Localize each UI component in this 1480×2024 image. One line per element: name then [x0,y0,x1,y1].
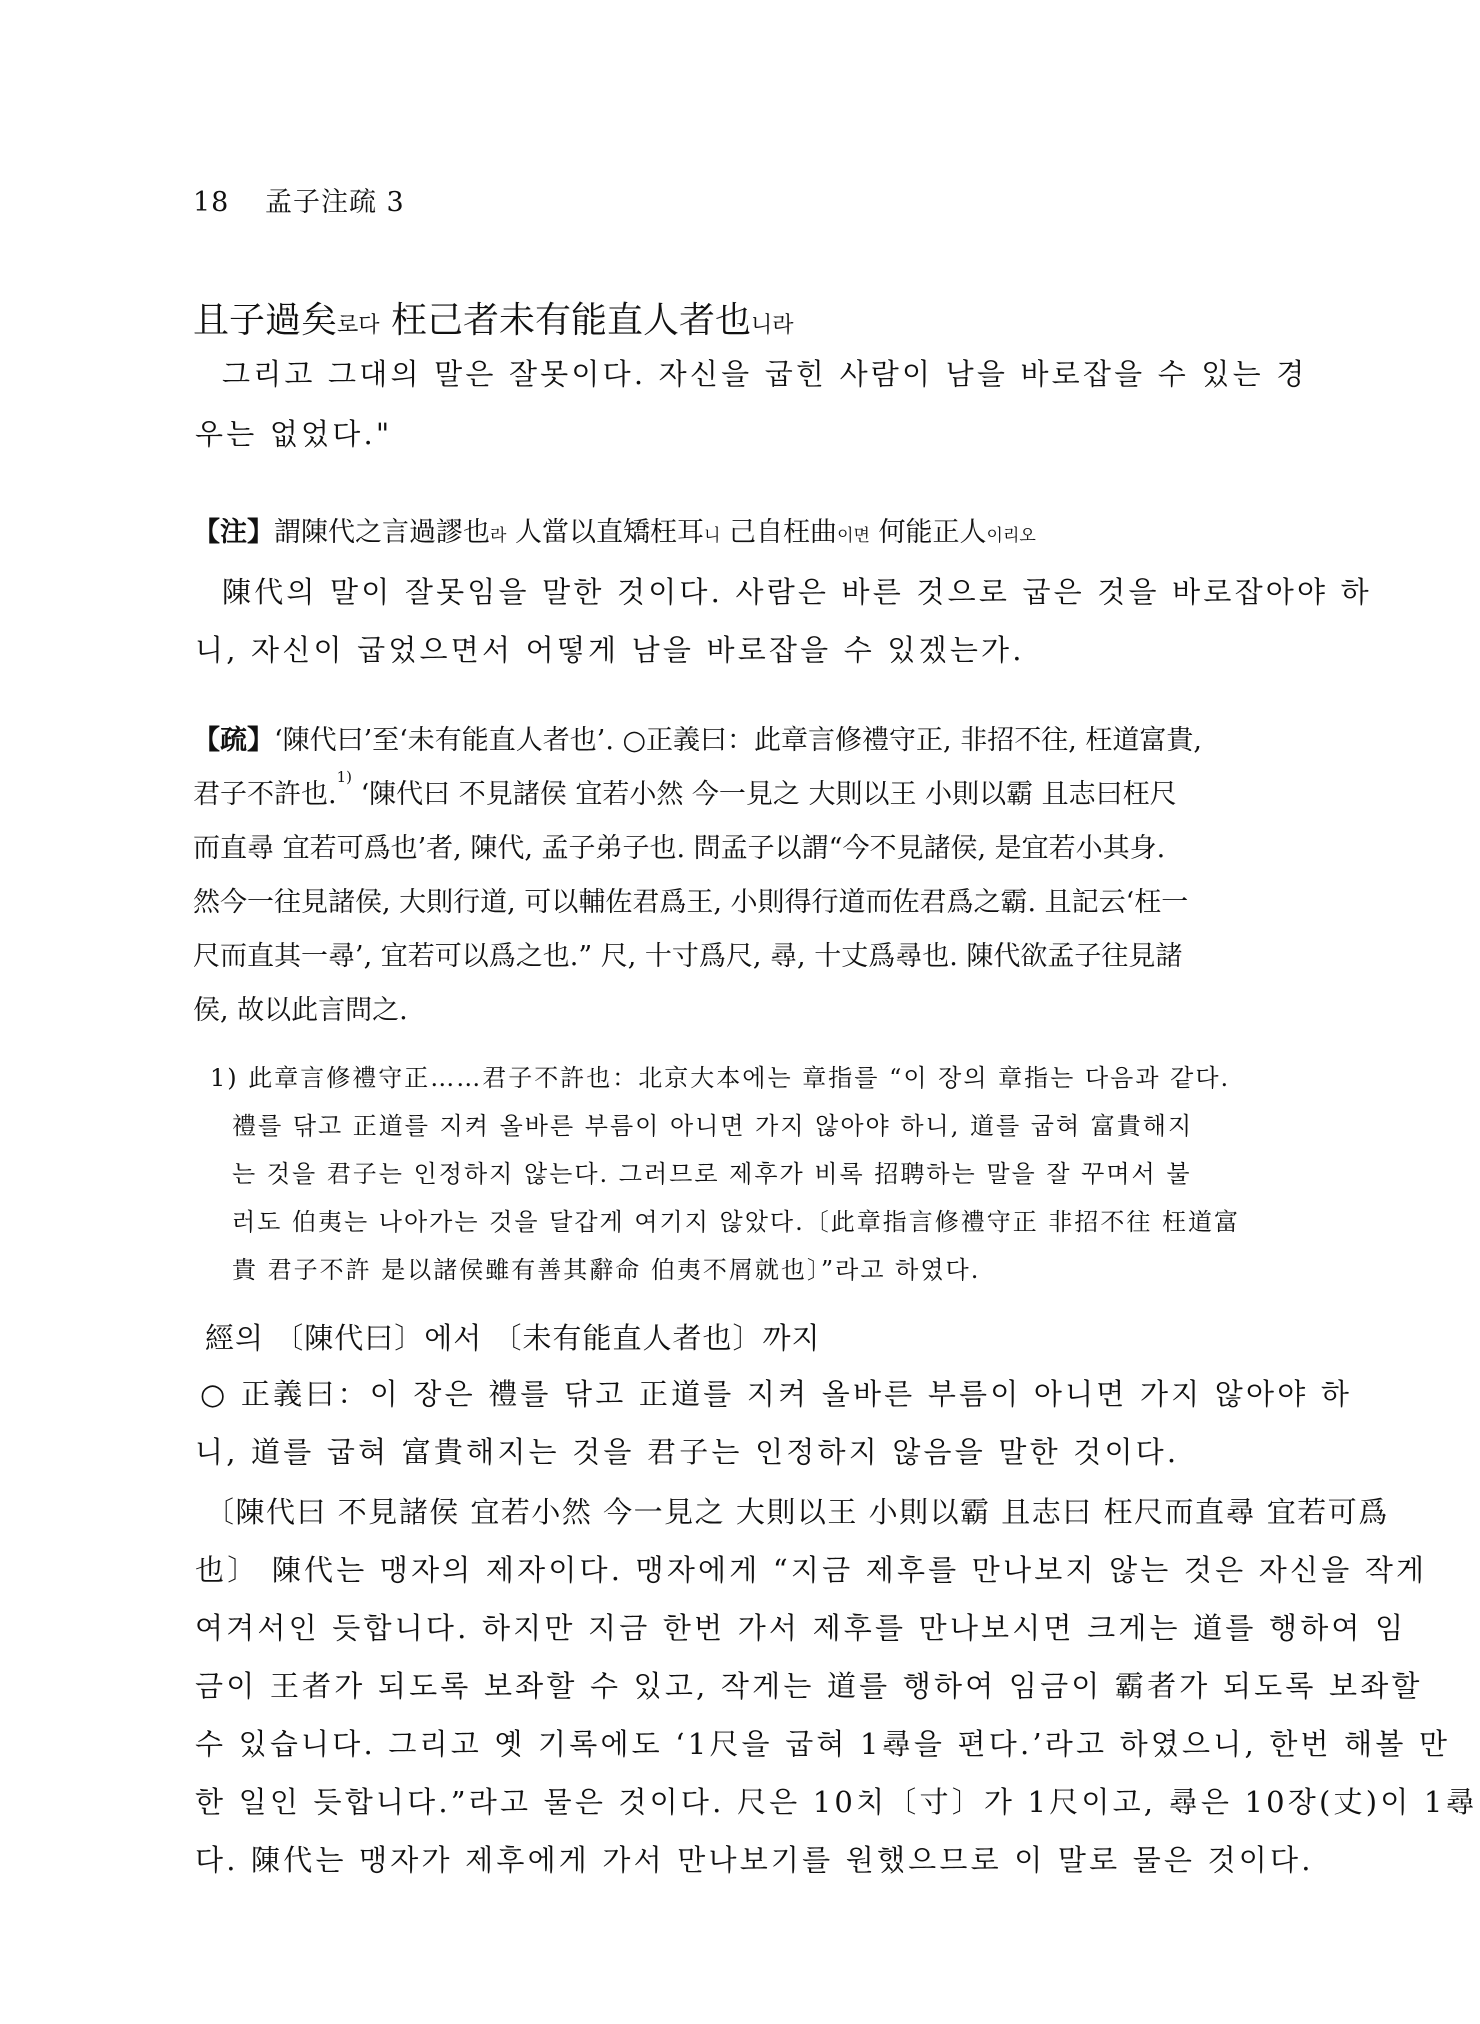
tokuk: 로다 [337,313,380,338]
commentary-line: ○ 正義曰：이 장은 禮를 닦고 正道를 지켜 올바른 부름이 아니면 가지 않… [200,1372,1352,1413]
commentary-line: 다. 陳代는 맹자가 제후에게 가서 만나보기를 원했으므로 이 말로 물은 것… [195,1838,1314,1879]
commentary-line: 수 있습니다. 그리고 옛 기록에도 ‘1尺을 굽혀 1尋을 편다.’라고 하였… [195,1722,1450,1763]
footnote-line: 貴 君子不許 是以諸侯雖有善其辭命 伯夷不屑就也〕”라고 하였다. [232,1250,980,1285]
shu-line: 君子不許也.1) ‘陳代曰 不見諸侯 宜若小然 今一見之 大則以王 小則以霸 且… [193,772,1177,811]
classic-phrase: 枉己者未有能直人者也 [391,300,751,341]
shu-text: ‘陳代曰’至‘未有能直人者也’. ○正義曰：此章言修禮守正, 非招不往, 枉道富… [274,725,1202,756]
shu-label: 【疏】 [193,725,274,756]
zhu-translation-line: 니, 자신이 굽었으면서 어떻게 남을 바로잡을 수 있겠는가. [195,628,1025,669]
shu-line: 侯, 故以此言問之. [193,988,408,1027]
shu-line: 【疏】‘陳代曰’至‘未有能直人者也’. ○正義曰：此章言修禮守正, 非招不往, … [193,718,1202,757]
footnote-line: 러도 伯夷는 나아가는 것을 달갑게 여기지 않았다.〔此章指言修禮守正 非招不… [232,1202,1240,1237]
tokuk: 니 [704,526,720,546]
commentary-line: 여겨서인 듯합니다. 하지만 지금 한번 가서 제후를 만나보시면 크게는 道를… [195,1606,1406,1647]
classic-text: 且子過矣로다 枉己者未有能直人者也니라 [193,292,794,343]
translation-line: 그리고 그대의 말은 잘못이다. 자신을 굽힌 사람이 남을 바로잡을 수 있는… [222,352,1307,393]
classic-phrase: 且子過矣 [193,300,337,341]
commentary-line: 금이 王者가 되도록 보좌할 수 있고, 작게는 道를 행하여 임금이 霸者가 … [195,1664,1423,1705]
zhu-annotation: 【注】謂陳代之言過謬也라 人當以直矯枉耳니 己自枉曲이면 何能正人이리오 [193,510,1036,549]
footnote-ref[interactable]: 1) [337,768,352,786]
translation-line: 우는 없었다." [195,412,392,453]
commentary-line: 〔陳代曰 不見諸侯 宜若小然 今一見之 大則以王 小則以霸 且志曰 枉尺而直尋 … [205,1490,1389,1531]
zhu-text: 人當以直矯枉耳 [506,517,704,548]
running-header: 18 孟子注疏 3 [193,180,405,219]
tokuk: 니라 [751,313,794,338]
commentary-range: 經의 〔陳代曰〕에서 〔未有能直人者也〕까지 [205,1316,821,1357]
commentary-line: 한 일인 듯합니다.”라고 물은 것이다. 尺은 10치〔寸〕가 1尺이고, 尋… [195,1780,1480,1821]
shu-line: 然今一往見諸侯, 大則行道, 可以輔佐君爲王, 小則得行道而佐君爲之霸. 且記云… [193,880,1188,919]
shu-line: 而直尋 宜若可爲也’者, 陳代, 孟子弟子也. 問孟子以謂“今不見諸侯, 是宜若… [193,826,1165,865]
zhu-translation-line: 陳代의 말이 잘못임을 말한 것이다. 사람은 바른 것으로 굽은 것을 바로잡… [222,570,1372,611]
shu-text: 君子不許也. [193,779,337,810]
shu-line: 尺而直其一尋’, 宜若可以爲之也.” 尺, 十寸爲尺, 尋, 十丈爲尋也. 陳代… [193,934,1182,973]
shu-text: ‘陳代曰 不見諸侯 宜若小然 今一見之 大則以王 小則以霸 且志曰枉尺 [352,779,1177,810]
commentary-line: 니, 道를 굽혀 富貴해지는 것을 君子는 인정하지 않음을 말한 것이다. [195,1430,1179,1471]
zhu-label: 【注】 [193,517,274,548]
zhu-text: 己自枉曲 [720,517,837,548]
tokuk: 라 [490,526,506,546]
book-page: 18 孟子注疏 3 且子過矣로다 枉己者未有能直人者也니라 그리고 그대의 말은… [0,0,1480,2024]
book-title: 孟子注疏 3 [265,187,405,218]
footnote-line: 1) 此章言修禮守正……君子不許也：北京大本에는 章指를 “이 장의 章指는 다… [210,1058,1230,1093]
zhu-text: 謂陳代之言過謬也 [274,517,490,548]
footnote-line: 禮를 닦고 正道를 지켜 올바른 부름이 아니면 가지 않아야 하니, 道를 굽… [232,1106,1193,1141]
zhu-text: 何能正人 [870,517,987,548]
commentary-line: 也〕 陳代는 맹자의 제자이다. 맹자에게 “지금 제후를 만나보지 않는 것은… [195,1548,1427,1589]
footnote-line: 는 것을 君子는 인정하지 않는다. 그러므로 제후가 비록 招聘하는 말을 잘… [232,1154,1192,1189]
tokuk: 이리오 [987,526,1036,546]
page-number: 18 [193,187,229,218]
tokuk: 이면 [837,526,870,546]
